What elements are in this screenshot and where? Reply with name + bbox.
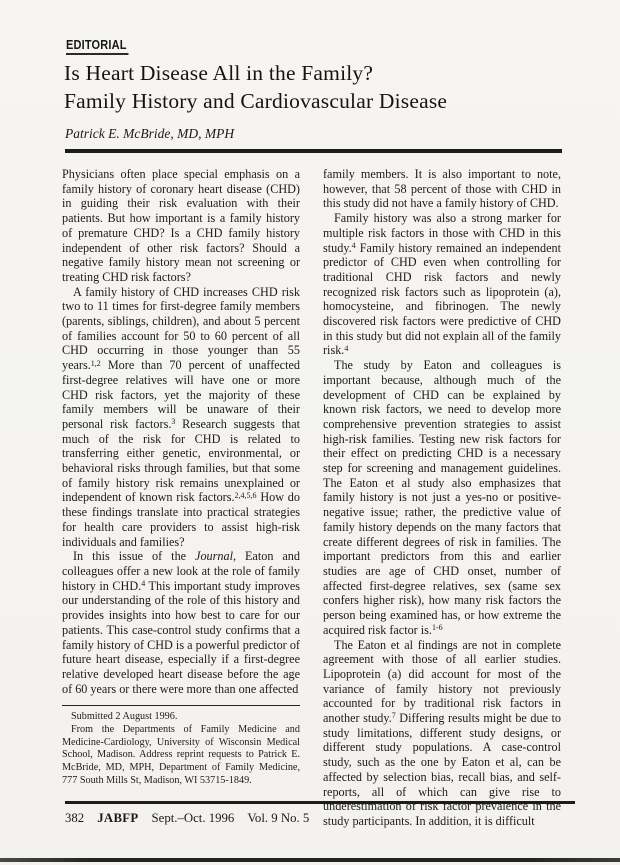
page-number: 382 <box>65 811 84 826</box>
paragraph: family members. It is also important to … <box>323 167 561 211</box>
issue-date: Sept.–Oct. 1996 <box>152 811 235 826</box>
paragraph: The study by Eaton and colleagues is imp… <box>323 358 561 637</box>
paragraph: Physicians often place special emphasis … <box>62 167 300 285</box>
article-body: Physicians often place special emphasis … <box>62 167 562 829</box>
journal-page: EDITORIAL Is Heart Disease All in the Fa… <box>0 0 620 865</box>
paragraph: The Eaton et al findings are not in comp… <box>323 638 561 829</box>
title-line-1: Is Heart Disease All in the Family? <box>64 61 373 85</box>
volume-number: Vol. 9 No. 5 <box>247 811 309 826</box>
paragraph: In this issue of the Journal, Eaton and … <box>62 549 300 696</box>
author-footnote: Submitted 2 August 1996.From the Departm… <box>62 705 300 787</box>
right-column-text: family members. It is also important to … <box>323 167 561 829</box>
journal-abbreviation: JABFP <box>97 811 138 826</box>
header-rule <box>65 149 562 153</box>
paragraph: From the Departments of Family Medicine … <box>62 724 300 788</box>
title-line-2: Family History and Cardiovascular Diseas… <box>64 89 447 113</box>
scan-edge-artifact <box>0 858 620 862</box>
page-title: Is Heart Disease All in the Family? Fami… <box>64 60 564 115</box>
page-footer: 382 JABFP Sept.–Oct. 1996 Vol. 9 No. 5 <box>65 811 309 826</box>
paragraph: A family history of CHD increases CHD ri… <box>62 285 300 550</box>
left-column: Physicians often place special emphasis … <box>62 167 300 829</box>
author-byline: Patrick E. McBride, MD, MPH <box>65 126 234 142</box>
paragraph: Family history was also a strong marker … <box>323 211 561 358</box>
section-kicker: EDITORIAL <box>66 38 128 55</box>
right-column: family members. It is also important to … <box>323 167 561 829</box>
left-column-text: Physicians often place special emphasis … <box>62 167 300 696</box>
paragraph: Submitted 2 August 1996. <box>62 711 300 724</box>
footer-rule <box>65 801 575 804</box>
